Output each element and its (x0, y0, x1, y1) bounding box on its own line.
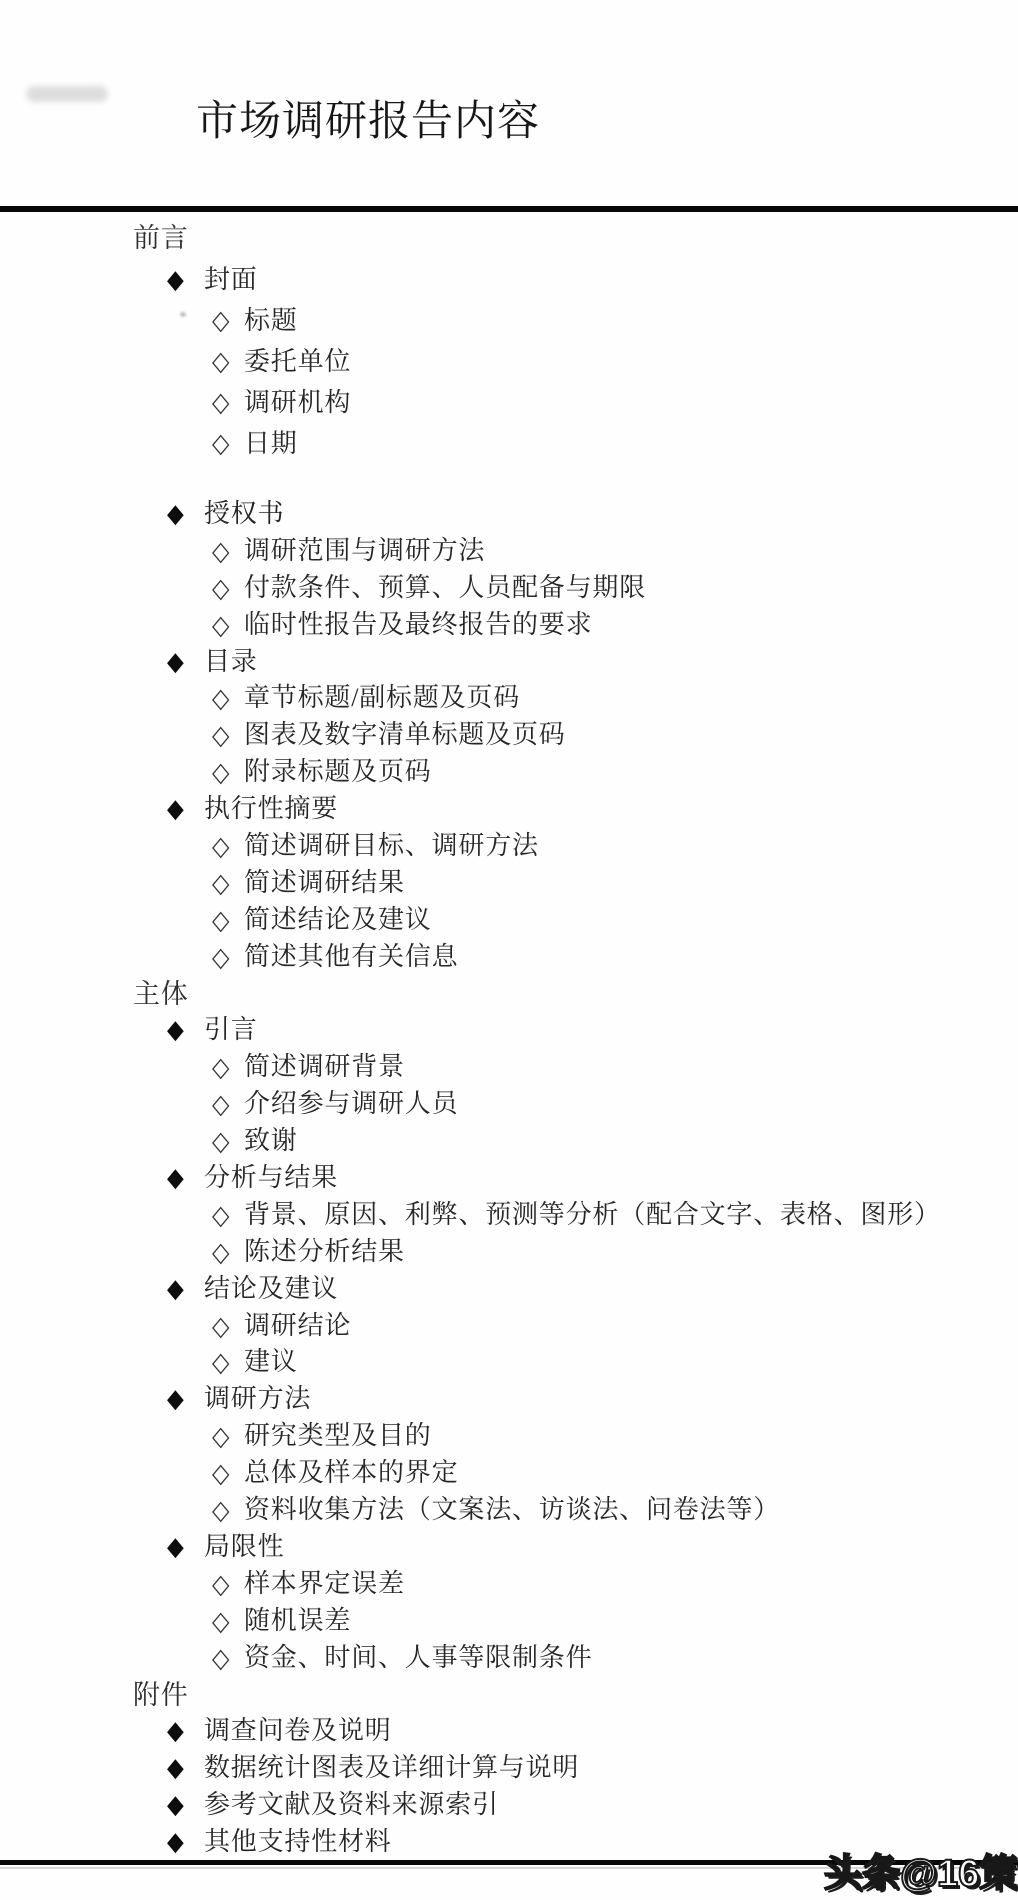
outline-item: ◆调研方法 (0, 1381, 1018, 1418)
filled-diamond-icon: ◆ (167, 791, 184, 828)
outline-item: ◆授权书 (0, 496, 1018, 533)
outline-item-label: 封面 (204, 259, 258, 300)
outline-item-label: 附录标题及页码 (244, 754, 432, 791)
outline-item-label: 分析与结果 (204, 1160, 338, 1197)
outline-item-label: 数据统计图表及详细计算与说明 (204, 1750, 579, 1787)
hollow-diamond-icon: ◇ (212, 1344, 229, 1381)
outline-item: ◆参考文献及资料来源索引 (0, 1787, 1018, 1824)
hollow-diamond-icon: ◇ (212, 754, 229, 791)
hollow-diamond-icon: ◇ (212, 1197, 229, 1234)
outline-item: ◇资料收集方法（文案法、访谈法、问卷法等） (0, 1492, 1018, 1529)
outline-item: ◇付款条件、预算、人员配备与期限 (0, 570, 1018, 607)
hollow-diamond-icon: ◇ (212, 1308, 229, 1345)
outline-item-label: 陈述分析结果 (244, 1234, 405, 1271)
hollow-diamond-icon: ◇ (212, 1492, 229, 1529)
filled-diamond-icon: ◆ (167, 1160, 184, 1197)
outline-item-label: 简述调研目标、调研方法 (244, 828, 539, 865)
outline-item-label: 日期 (244, 423, 298, 464)
hollow-diamond-icon: ◇ (212, 1234, 229, 1271)
outline-item-label: 总体及样本的界定 (244, 1455, 458, 1492)
hollow-diamond-icon: ◇ (212, 1086, 229, 1123)
outline-item: ◇简述调研结果 (0, 865, 1018, 902)
outline-item: ◇背景、原因、利弊、预测等分析（配合文字、表格、图形） (0, 1197, 1018, 1234)
outline-item-label: 图表及数字清单标题及页码 (244, 717, 566, 754)
outline-item-label: 结论及建议 (204, 1271, 338, 1308)
filled-diamond-icon: ◆ (167, 259, 184, 300)
outline-item-label: 标题 (244, 300, 298, 341)
outline-item: ◇章节标题/副标题及页码 (0, 680, 1018, 717)
hollow-diamond-icon: ◇ (212, 607, 229, 644)
filled-diamond-icon: ◆ (167, 644, 184, 681)
outline-item: ◇简述结论及建议 (0, 902, 1018, 939)
outline-item-label: 样本界定误差 (244, 1566, 405, 1603)
outline-item-label: 建议 (244, 1344, 298, 1381)
outline-item: ◇临时性报告及最终报告的要求 (0, 607, 1018, 644)
outline-item-label: 委托单位 (244, 341, 351, 382)
hollow-diamond-icon: ◇ (212, 533, 229, 570)
hollow-diamond-icon: ◇ (212, 1640, 229, 1677)
outline-item: ◆结论及建议 (0, 1271, 1018, 1308)
outline-item-label: 调研范围与调研方法 (244, 533, 485, 570)
hollow-diamond-icon: ◇ (212, 1603, 229, 1640)
outline-item: ◇图表及数字清单标题及页码 (0, 717, 1018, 754)
filled-diamond-icon: ◆ (167, 1012, 184, 1049)
filled-diamond-icon: ◆ (167, 1750, 184, 1787)
hollow-diamond-icon: ◇ (212, 1455, 229, 1492)
scanned-slide-page: 市场调研报告内容 前言◆封面◇标题◇委托单位◇调研机构◇日期◆授权书◇调研范围与… (0, 0, 1018, 1900)
outline-item: ◇调研机构 (0, 382, 1018, 423)
outline-item-label: 调研结论 (244, 1308, 351, 1345)
outline-item: ◇标题 (0, 300, 1018, 341)
outline-item-label: 付款条件、预算、人员配备与期限 (244, 570, 646, 607)
top-rule (0, 206, 1018, 212)
outline-item-label: 简述调研背景 (244, 1049, 405, 1086)
outline-item: ◇研究类型及目的 (0, 1418, 1018, 1455)
outline-item: 主体 (0, 976, 1018, 1013)
filled-diamond-icon: ◆ (167, 1713, 184, 1750)
hollow-diamond-icon: ◇ (212, 423, 229, 464)
outline-item: ◇简述其他有关信息 (0, 939, 1018, 976)
outline-item: ◆执行性摘要 (0, 791, 1018, 828)
outline-item-label: 简述结论及建议 (244, 902, 432, 939)
outline-item: ◆数据统计图表及详细计算与说明 (0, 1750, 1018, 1787)
filled-diamond-icon: ◆ (167, 1381, 184, 1418)
outline-item-label: 目录 (204, 644, 258, 681)
outline-item: 附件 (0, 1677, 1018, 1714)
outline-item-label: 附件 (133, 1677, 189, 1714)
filled-diamond-icon: ◆ (167, 1529, 184, 1566)
hollow-diamond-icon: ◇ (212, 1123, 229, 1160)
outline-item-label: 研究类型及目的 (244, 1418, 432, 1455)
outline-item: ◇资金、时间、人事等限制条件 (0, 1640, 1018, 1677)
outline-item-label: 局限性 (204, 1529, 284, 1566)
outline-item: ◇调研结论 (0, 1308, 1018, 1345)
outline-item: ◇致谢 (0, 1123, 1018, 1160)
outline-item: ◇样本界定误差 (0, 1566, 1018, 1603)
scan-artifact (26, 86, 108, 102)
outline-item-label: 介绍参与调研人员 (244, 1086, 458, 1123)
outline-item-label: 其他支持性材料 (204, 1824, 392, 1861)
outline-item-label: 执行性摘要 (204, 791, 338, 828)
outline-item-label: 调研机构 (244, 382, 351, 423)
outline-item: ◆封面 (0, 259, 1018, 300)
outline-item-label: 临时性报告及最终报告的要求 (244, 607, 592, 644)
outline-item-label: 章节标题/副标题及页码 (244, 680, 520, 717)
hollow-diamond-icon: ◇ (212, 717, 229, 754)
outline-item: ◇总体及样本的界定 (0, 1455, 1018, 1492)
outline-item-label: 资金、时间、人事等限制条件 (244, 1640, 592, 1677)
outline-item: ◇简述调研目标、调研方法 (0, 828, 1018, 865)
hollow-diamond-icon: ◇ (212, 1418, 229, 1455)
outline-item: ◇简述调研背景 (0, 1049, 1018, 1086)
hollow-diamond-icon: ◇ (212, 341, 229, 382)
filled-diamond-icon: ◆ (167, 1271, 184, 1308)
outline-item: ◇介绍参与调研人员 (0, 1086, 1018, 1123)
outline-item: ◆调查问卷及说明 (0, 1713, 1018, 1750)
outline-item: ◇陈述分析结果 (0, 1234, 1018, 1271)
outline-item-label: 授权书 (204, 496, 284, 533)
outline-item: ◆分析与结果 (0, 1160, 1018, 1197)
hollow-diamond-icon: ◇ (212, 680, 229, 717)
report-outline: 前言◆封面◇标题◇委托单位◇调研机构◇日期◆授权书◇调研范围与调研方法◇付款条件… (0, 218, 1018, 1861)
outline-item: ◆引言 (0, 1012, 1018, 1049)
outline-item-label: 调查问卷及说明 (204, 1713, 392, 1750)
outline-item: ◇委托单位 (0, 341, 1018, 382)
outline-item-label: 参考文献及资料来源索引 (204, 1787, 499, 1824)
outline-item-label: 简述其他有关信息 (244, 939, 458, 976)
outline-item: ◇附录标题及页码 (0, 754, 1018, 791)
hollow-diamond-icon: ◇ (212, 828, 229, 865)
hollow-diamond-icon: ◇ (212, 570, 229, 607)
hollow-diamond-icon: ◇ (212, 1049, 229, 1086)
outline-item-label: 简述调研结果 (244, 865, 405, 902)
outline-item-label: 背景、原因、利弊、预测等分析（配合文字、表格、图形） (244, 1197, 941, 1234)
hollow-diamond-icon: ◇ (212, 939, 229, 976)
filled-diamond-icon: ◆ (167, 496, 184, 533)
outline-item: ◇日期 (0, 423, 1018, 464)
outline-item: ◆目录 (0, 644, 1018, 681)
outline-item-label: 致谢 (244, 1123, 298, 1160)
outline-item-label: 主体 (133, 976, 189, 1013)
hollow-diamond-icon: ◇ (212, 1566, 229, 1603)
watermark: 头条@16策划 (824, 1842, 1018, 1897)
outline-item-label: 引言 (204, 1012, 258, 1049)
hollow-diamond-icon: ◇ (212, 902, 229, 939)
outline-item-label: 前言 (133, 218, 189, 259)
filled-diamond-icon: ◆ (167, 1824, 184, 1861)
outline-item-label: 随机误差 (244, 1603, 351, 1640)
outline-item: ◆局限性 (0, 1529, 1018, 1566)
hollow-diamond-icon: ◇ (212, 865, 229, 902)
outline-item-label: 调研方法 (204, 1381, 311, 1418)
outline-item: ◇建议 (0, 1344, 1018, 1381)
outline-item: ◇随机误差 (0, 1603, 1018, 1640)
outline-item-label: 资料收集方法（文案法、访谈法、问卷法等） (244, 1492, 780, 1529)
filled-diamond-icon: ◆ (167, 1787, 184, 1824)
outline-item: 前言 (0, 218, 1018, 259)
hollow-diamond-icon: ◇ (212, 300, 229, 341)
hollow-diamond-icon: ◇ (212, 382, 229, 423)
outline-item: ◇调研范围与调研方法 (0, 533, 1018, 570)
page-title: 市场调研报告内容 (196, 88, 540, 148)
